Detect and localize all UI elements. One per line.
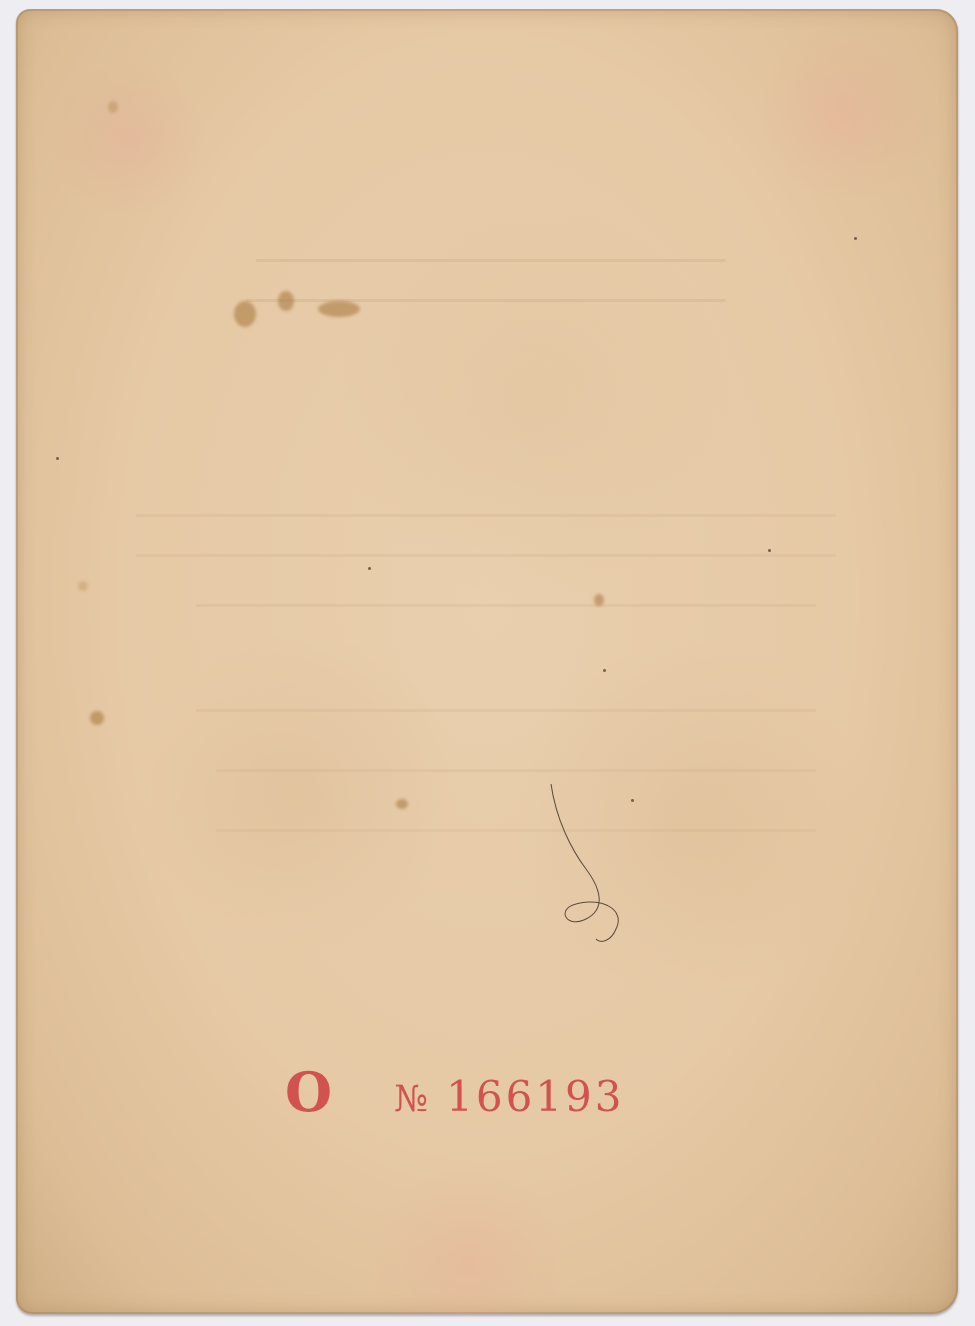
- bleed-through-line: [136, 554, 836, 557]
- bleed-through-line: [216, 829, 816, 832]
- bleed-through-line: [216, 769, 816, 772]
- stain: [108, 101, 118, 113]
- stain: [78, 581, 88, 591]
- bleed-through-line: [256, 259, 726, 262]
- stain: [594, 594, 604, 606]
- speck: [56, 457, 59, 460]
- serial-number: 166193: [446, 1072, 624, 1121]
- stain: [318, 301, 360, 317]
- bleed-through-line: [196, 709, 816, 712]
- serial-number-block: О № 166193: [285, 1060, 624, 1124]
- bleed-through-line: [196, 604, 816, 607]
- speck: [854, 237, 857, 240]
- bleed-through-line: [136, 514, 836, 517]
- hair-fiber: [546, 779, 636, 949]
- stain: [396, 799, 408, 809]
- speck: [368, 567, 371, 570]
- series-letter: О: [285, 1060, 332, 1124]
- speck: [768, 549, 771, 552]
- bleed-through-line: [246, 299, 726, 302]
- speck: [603, 669, 606, 672]
- stain: [234, 301, 256, 327]
- number-sign: №: [394, 1079, 428, 1120]
- document-card: О № 166193: [16, 9, 958, 1314]
- stain: [90, 711, 104, 725]
- stain: [278, 291, 294, 311]
